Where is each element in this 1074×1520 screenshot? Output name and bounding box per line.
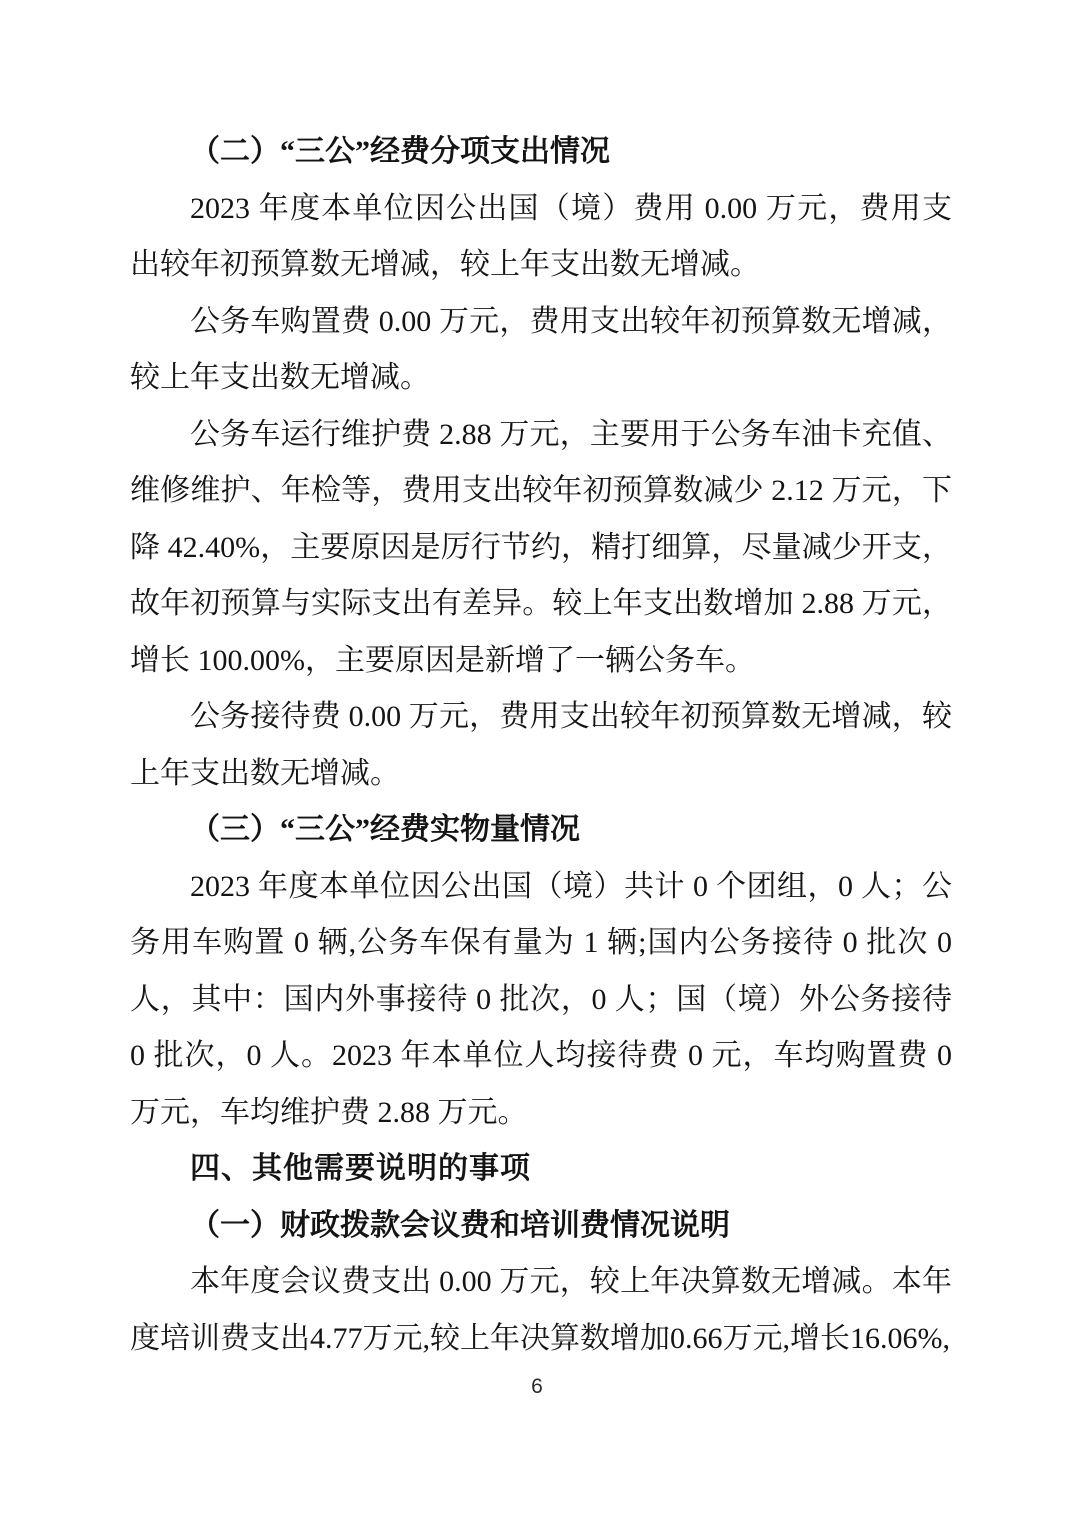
page-number: 6 xyxy=(0,1372,1074,1402)
paragraph-vehicle-purchase-expense: 公务车购置费 0.00 万元，费用支出较年初预算数无增减，较上年支出数无增减。 xyxy=(130,294,952,407)
paragraph-meeting-training-fees-details: 本年度会议费支出 0.00 万元，较上年决算数无增减。本年度培训费支出4.77万… xyxy=(130,1254,952,1367)
document-page: （二）“三公”经费分项支出情况 2023 年度本单位因公出国（境）费用 0.00… xyxy=(0,0,1074,1520)
section-heading-three-public-physical-quantity: （三）“三公”经费实物量情况 xyxy=(130,802,952,859)
section-heading-three-public-breakdown: （二）“三公”经费分项支出情况 xyxy=(130,124,952,181)
section-heading-other-matters: 四、其他需要说明的事项 xyxy=(130,1141,952,1198)
section-heading-meeting-training-fees: （一）财政拨款会议费和培训费情况说明 xyxy=(130,1198,952,1255)
paragraph-abroad-expense: 2023 年度本单位因公出国（境）费用 0.00 万元，费用支出较年初预算数无增… xyxy=(130,181,952,294)
paragraph-official-reception-expense: 公务接待费 0.00 万元，费用支出较年初预算数无增减，较上年支出数无增减。 xyxy=(130,689,952,802)
paragraph-physical-quantity-details: 2023 年度本单位因公出国（境）共计 0 个团组，0 人；公务用车购置 0 辆… xyxy=(130,859,952,1142)
paragraph-vehicle-maintenance-expense: 公务车运行维护费 2.88 万元，主要用于公务车油卡充值、维修维护、年检等，费用… xyxy=(130,407,952,690)
document-body: （二）“三公”经费分项支出情况 2023 年度本单位因公出国（境）费用 0.00… xyxy=(130,124,952,1367)
